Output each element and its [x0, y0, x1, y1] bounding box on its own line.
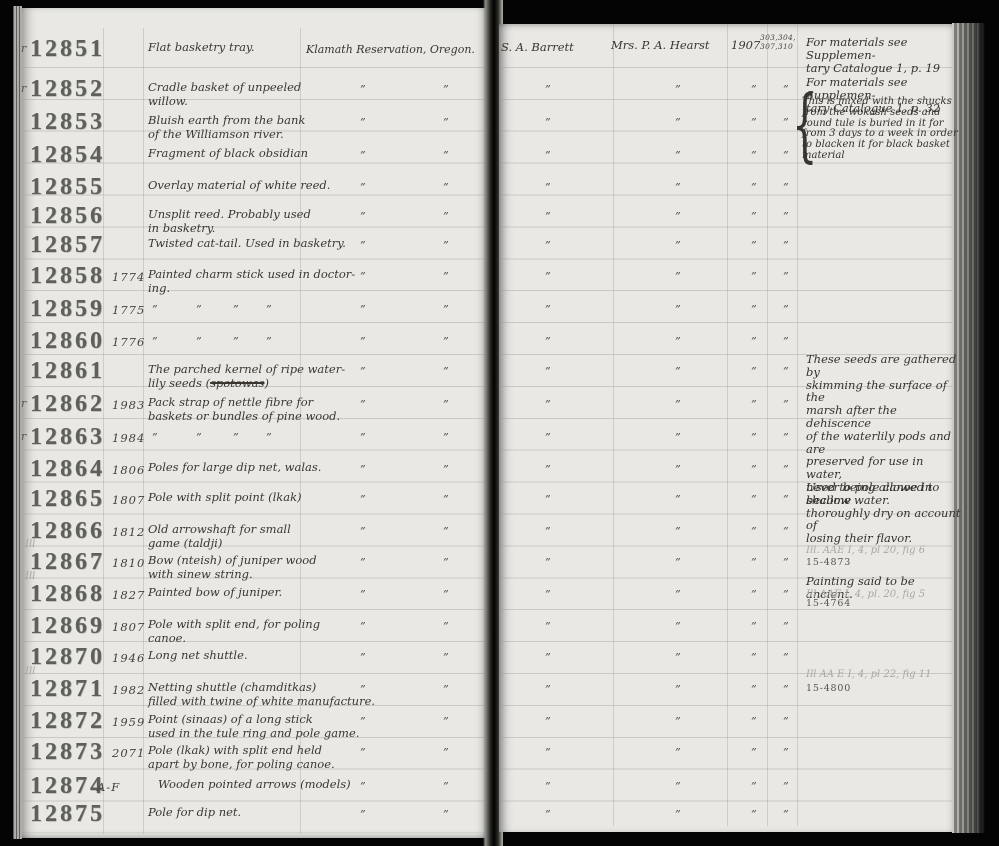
ditto-mark: ” — [360, 117, 366, 128]
ditto-mark: ” — [751, 526, 757, 537]
item-description: Poles for large dip net, walas. — [148, 461, 321, 475]
ditto-mark: ” — [443, 716, 449, 727]
ditto-mark: ” — [675, 557, 681, 568]
ditto-mark: ” — [545, 182, 551, 193]
ditto-mark: ” — [360, 304, 366, 315]
ditto-mark: ” — [783, 117, 789, 128]
ditto-mark: ” — [545, 809, 551, 820]
ditto-mark: ” — [233, 432, 239, 443]
ditto-mark: ” — [751, 336, 757, 347]
ditto-mark: ” — [545, 432, 551, 443]
ditto-mark: ” — [675, 84, 681, 95]
ditto-mark: ” — [751, 781, 757, 792]
ditto-mark: ” — [751, 716, 757, 727]
ditto-mark: ” — [751, 747, 757, 758]
ditto-mark: ” — [545, 240, 551, 251]
ditto-mark: ” — [360, 747, 366, 758]
ditto-mark: ” — [443, 621, 449, 632]
ditto-mark: ” — [360, 557, 366, 568]
collector-name: S. A. Barrett — [501, 41, 574, 55]
collector-number: 1807 — [112, 494, 145, 506]
pencil-annotation: Ill. AAE I, 4, pl 20, fig 6 — [806, 545, 925, 556]
catalog-number-stamp: 12851 — [30, 37, 105, 61]
ditto-mark: ” — [233, 304, 239, 315]
ditto-mark: ” — [783, 809, 789, 820]
catalog-number-stamp: 12865 — [30, 487, 105, 511]
ditto-mark: ” — [675, 366, 681, 377]
ditto-mark: ” — [751, 304, 757, 315]
collector-number: A-F — [97, 781, 120, 793]
ditto-mark: ” — [196, 304, 202, 315]
ditto-mark: ” — [360, 621, 366, 632]
ditto-mark: ” — [545, 304, 551, 315]
ditto-mark: ” — [360, 366, 366, 377]
ditto-mark: ” — [360, 432, 366, 443]
ditto-mark: ” — [443, 589, 449, 600]
item-description: Painted bow of juniper. — [148, 586, 282, 600]
ditto-mark: ” — [783, 336, 789, 347]
ditto-mark: ” — [751, 84, 757, 95]
ditto-mark: ” — [545, 557, 551, 568]
collector-number: 1959 — [112, 716, 145, 728]
ditto-mark: ” — [443, 240, 449, 251]
ditto-mark: ” — [783, 716, 789, 727]
ditto-mark: ” — [783, 526, 789, 537]
ditto-mark: ” — [545, 621, 551, 632]
ditto-mark: ” — [783, 684, 789, 695]
item-description: Bow (nteish) of juniper wood with sinew … — [148, 554, 317, 581]
collector-number: 1775 — [112, 304, 145, 316]
ditto-mark: ” — [360, 589, 366, 600]
ditto-mark: ” — [675, 336, 681, 347]
ditto-mark: ” — [783, 150, 789, 161]
ditto-mark: ” — [751, 432, 757, 443]
ditto-mark: ” — [360, 211, 366, 222]
ditto-mark: ” — [443, 84, 449, 95]
ditto-mark: ” — [443, 652, 449, 663]
ditto-mark: ” — [545, 684, 551, 695]
ditto-mark: ” — [751, 366, 757, 377]
ditto-mark: ” — [196, 336, 202, 347]
ditto-mark: ” — [751, 399, 757, 410]
ditto-mark: ” — [751, 809, 757, 820]
ditto-mark: ” — [675, 684, 681, 695]
ditto-mark: ” — [152, 336, 158, 347]
item-description: Pack strap of nettle fibre for baskets o… — [148, 396, 340, 423]
ditto-mark: ” — [675, 240, 681, 251]
ditto-mark: ” — [360, 182, 366, 193]
catalog-number-stamp: 12869 — [30, 614, 105, 638]
remark-note: These seeds are gathered by skimming the… — [806, 353, 962, 545]
item-description: Pole with split end, for poling canoe. — [148, 618, 320, 645]
collector-number: 1806 — [112, 464, 145, 476]
ditto-mark: ” — [443, 747, 449, 758]
ditto-mark: ” — [751, 271, 757, 282]
catalog-number-stamp: 12875 — [30, 802, 105, 826]
ditto-mark: ” — [545, 464, 551, 475]
ditto-mark: ” — [152, 304, 158, 315]
ditto-mark: ” — [675, 271, 681, 282]
ditto-mark: ” — [545, 589, 551, 600]
item-description: Pole for dip net. — [148, 806, 241, 820]
remark-note: This is mixed with the shucks from the w… — [802, 97, 962, 162]
ditto-mark: ” — [751, 240, 757, 251]
item-description: Painted charm stick used in doctor- ing. — [148, 268, 355, 295]
item-description: Fragment of black obsidian — [148, 147, 308, 161]
ditto-mark: ” — [545, 652, 551, 663]
ditto-mark: ” — [443, 809, 449, 820]
year-entry: 1907 — [731, 39, 760, 53]
ditto-mark: ” — [443, 781, 449, 792]
collector-number: 1776 — [112, 336, 145, 348]
ditto-mark: ” — [751, 652, 757, 663]
collector-number: 2071 — [112, 747, 145, 759]
column-line — [727, 24, 728, 826]
ditto-mark: ” — [783, 621, 789, 632]
ditto-mark: ” — [443, 182, 449, 193]
ditto-mark: ” — [783, 211, 789, 222]
ditto-mark: ” — [266, 304, 272, 315]
catalog-number-stamp: 12867 — [30, 550, 105, 574]
ditto-mark: ” — [545, 494, 551, 505]
ditto-mark: ” — [545, 117, 551, 128]
margin-pencil-mark: Ill — [25, 666, 35, 677]
ditto-mark: ” — [675, 589, 681, 600]
description-text: ) — [264, 376, 269, 390]
accession-numbers: 303,304, 307,310 — [760, 33, 796, 51]
ditto-mark: ” — [783, 432, 789, 443]
margin-check-mark: r — [21, 398, 26, 409]
ditto-mark: ” — [751, 150, 757, 161]
ditto-mark: ” — [360, 464, 366, 475]
ditto-mark: ” — [751, 211, 757, 222]
patron-name: Mrs. P. A. Hearst — [611, 39, 710, 53]
collector-number: 1982 — [112, 684, 145, 696]
catalog-number-stamp: 12856 — [30, 204, 105, 228]
ditto-mark: ” — [783, 271, 789, 282]
ditto-mark: ” — [783, 589, 789, 600]
ditto-mark: ” — [675, 182, 681, 193]
left-page-edge — [13, 6, 22, 839]
ditto-mark: ” — [443, 336, 449, 347]
ditto-mark: ” — [675, 117, 681, 128]
ditto-mark: ” — [783, 366, 789, 377]
ditto-mark: ” — [360, 684, 366, 695]
ditto-mark: ” — [443, 271, 449, 282]
ditto-mark: ” — [545, 399, 551, 410]
ditto-mark: ” — [360, 494, 366, 505]
ditto-mark: ” — [266, 336, 272, 347]
struck-out-word: spotowas — [210, 376, 264, 390]
ditto-mark: ” — [545, 336, 551, 347]
ditto-mark: ” — [443, 494, 449, 505]
ditto-mark: ” — [360, 240, 366, 251]
catalog-number-stamp: 12873 — [30, 740, 105, 764]
ditto-mark: ” — [545, 211, 551, 222]
column-line — [613, 24, 614, 826]
ditto-mark: ” — [751, 117, 757, 128]
ditto-mark: ” — [751, 557, 757, 568]
column-line — [767, 24, 768, 826]
ditto-mark: ” — [443, 432, 449, 443]
catalog-number-stamp: 12871 — [30, 677, 105, 701]
item-description: Pole (lkak) with split end held apart by… — [148, 744, 335, 771]
ditto-mark: ” — [675, 809, 681, 820]
item-description: Pole with split point (lkak) — [148, 491, 302, 505]
ditto-mark: ” — [360, 336, 366, 347]
ditto-mark: ” — [360, 84, 366, 95]
collector-number: 1807 — [112, 621, 145, 633]
ditto-mark: ” — [675, 150, 681, 161]
catalog-number-stamp: 12864 — [30, 457, 105, 481]
ditto-mark: ” — [675, 304, 681, 315]
ditto-mark: ” — [675, 526, 681, 537]
remark-note: For materials see Supplemen- tary Catalo… — [806, 36, 962, 74]
ditto-mark: ” — [443, 526, 449, 537]
margin-check-mark: r — [21, 431, 26, 442]
collector-number: 1812 — [112, 526, 145, 538]
item-description: Old arrowshaft for small game (taldji) — [148, 523, 291, 550]
ditto-mark: ” — [783, 399, 789, 410]
ditto-mark: ” — [675, 211, 681, 222]
ditto-mark: ” — [360, 781, 366, 792]
catalog-number-stamp: 12857 — [30, 233, 105, 257]
ditto-mark: ” — [360, 716, 366, 727]
ditto-mark: ” — [675, 464, 681, 475]
remark-note: Used to pole canoe in shallow water. — [806, 481, 962, 507]
catalog-number-stamp: 12854 — [30, 143, 105, 167]
ditto-mark: ” — [360, 271, 366, 282]
ditto-mark: ” — [443, 557, 449, 568]
ditto-mark: ” — [675, 432, 681, 443]
ditto-mark: ” — [783, 84, 789, 95]
ditto-mark: ” — [675, 494, 681, 505]
item-description: Bluish earth from the bank of the Willia… — [148, 114, 305, 141]
item-description: Long net shuttle. — [148, 649, 248, 663]
catalog-number-stamp: 12852 — [30, 77, 105, 101]
ditto-mark: ” — [545, 366, 551, 377]
ditto-mark: ” — [196, 432, 202, 443]
item-description: Wooden pointed arrows (models) — [158, 778, 351, 792]
ditto-mark: ” — [675, 621, 681, 632]
ditto-mark: ” — [751, 684, 757, 695]
item-description: Overlay material of white reed. — [148, 179, 330, 193]
ditto-mark: ” — [675, 399, 681, 410]
ditto-mark: ” — [675, 747, 681, 758]
ditto-mark: ” — [545, 781, 551, 792]
margin-check-mark: r — [21, 83, 26, 94]
ditto-mark: ” — [783, 652, 789, 663]
catalog-number-stamp: 12868 — [30, 582, 105, 606]
catalog-number-stamp: 12855 — [30, 175, 105, 199]
ditto-mark: ” — [152, 432, 158, 443]
ditto-mark: ” — [545, 716, 551, 727]
ditto-mark: ” — [751, 589, 757, 600]
margin-pencil-mark: Ill — [25, 539, 35, 550]
ditto-mark: ” — [783, 494, 789, 505]
ditto-mark: ” — [443, 304, 449, 315]
ditto-mark: ” — [751, 182, 757, 193]
ditto-mark: ” — [443, 684, 449, 695]
catalog-number-stamp: 12859 — [30, 297, 105, 321]
catalog-number-stamp: 12872 — [30, 709, 105, 733]
collector-number: 1810 — [112, 557, 145, 569]
museum-number-pencil: 15-4873 — [806, 558, 851, 568]
pencil-annotation: Ill AA E I, 4, pl 22, fig 11 — [806, 669, 932, 680]
ditto-mark: ” — [675, 781, 681, 792]
museum-number-pencil: 15-4764 — [806, 599, 851, 609]
ditto-mark: ” — [783, 781, 789, 792]
ditto-mark: ” — [360, 526, 366, 537]
locality-entry: Klamath Reservation, Oregon. — [306, 43, 475, 57]
ditto-mark: ” — [751, 494, 757, 505]
ditto-mark: ” — [443, 366, 449, 377]
catalog-number-stamp: 12861 — [30, 359, 105, 383]
museum-number-pencil: 15-4800 — [806, 684, 851, 694]
catalog-number-stamp: 12863 — [30, 425, 105, 449]
ditto-mark: ” — [360, 399, 366, 410]
catalog-number-stamp: 12874 — [30, 774, 105, 798]
ditto-mark: ” — [783, 182, 789, 193]
ditto-mark: ” — [783, 464, 789, 475]
collector-number: 1984 — [112, 432, 145, 444]
ditto-mark: ” — [360, 150, 366, 161]
item-description: Twisted cat-tail. Used in basketry. — [148, 237, 346, 251]
ditto-mark: ” — [783, 304, 789, 315]
ditto-mark: ” — [675, 652, 681, 663]
ditto-mark: ” — [675, 716, 681, 727]
item-description: Unsplit reed. Probably used in basketry. — [148, 208, 311, 235]
ditto-mark: ” — [783, 557, 789, 568]
collector-number: 1983 — [112, 399, 145, 411]
ditto-mark: ” — [545, 150, 551, 161]
ditto-mark: ” — [545, 271, 551, 282]
ditto-mark: ” — [360, 809, 366, 820]
item-description: Point (sinaas) of a long stick used in t… — [148, 713, 359, 740]
catalog-number-stamp: 12853 — [30, 110, 105, 134]
ditto-mark: ” — [443, 211, 449, 222]
ditto-mark: ” — [545, 526, 551, 537]
ditto-mark: ” — [783, 747, 789, 758]
ditto-mark: ” — [443, 464, 449, 475]
ditto-mark: ” — [443, 117, 449, 128]
catalog-number-stamp: 12870 — [30, 645, 105, 669]
margin-check-mark: r — [21, 43, 26, 54]
ditto-mark: ” — [545, 747, 551, 758]
scanned-ledger-page: 12851rFlat basketry tray.Klamath Reserva… — [0, 0, 999, 846]
ditto-mark: ” — [443, 150, 449, 161]
collector-number: 1827 — [112, 589, 145, 601]
ditto-mark: ” — [443, 399, 449, 410]
ditto-mark: ” — [751, 621, 757, 632]
ditto-mark: ” — [360, 652, 366, 663]
item-description: Flat basketry tray. — [148, 41, 255, 55]
ditto-mark: ” — [783, 240, 789, 251]
item-description: Cradle basket of unpeeled willow. — [148, 81, 301, 108]
catalog-number-stamp: 12862 — [30, 392, 105, 416]
item-description: The parched kernel of ripe water- lily s… — [148, 363, 345, 390]
catalog-number-stamp: 12866 — [30, 519, 105, 543]
ditto-mark: ” — [233, 336, 239, 347]
collector-number: 1774 — [112, 271, 145, 283]
ditto-mark: ” — [266, 432, 272, 443]
catalog-number-stamp: 12860 — [30, 329, 105, 353]
item-description: Netting shuttle (chamditkas) filled with… — [148, 681, 375, 708]
ditto-mark: ” — [751, 464, 757, 475]
ditto-mark: ” — [545, 84, 551, 95]
catalog-number-stamp: 12858 — [30, 264, 105, 288]
collector-number: 1946 — [112, 652, 145, 664]
margin-pencil-mark: Ill — [25, 571, 35, 582]
